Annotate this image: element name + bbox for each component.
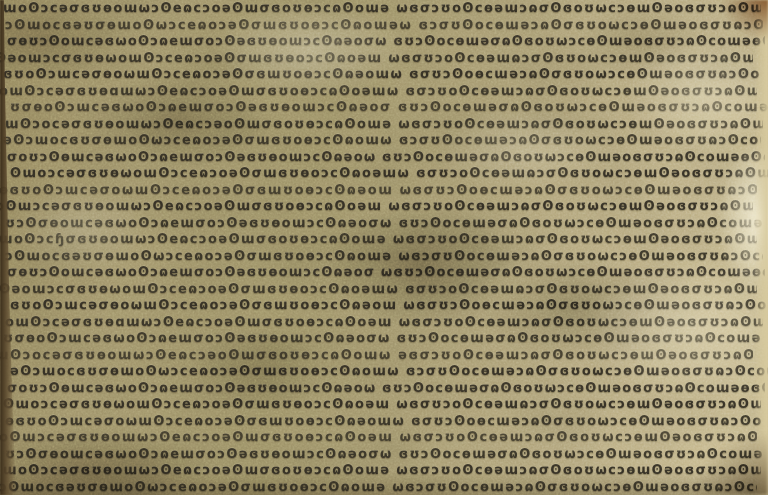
photo-stone-inscription: ɯoʘɔcəσɞʊɵoɯωɔʘeɷcɔoəʘɯσɞoʊɵɔcɷʘoɯə ωɞσɔ…: [0, 0, 768, 495]
rust-stain-top-right: [720, 0, 768, 40]
shadow-bottom-right: [694, 433, 768, 495]
slab-right-edge: [754, 0, 768, 495]
stone-grain-texture: [0, 0, 768, 495]
